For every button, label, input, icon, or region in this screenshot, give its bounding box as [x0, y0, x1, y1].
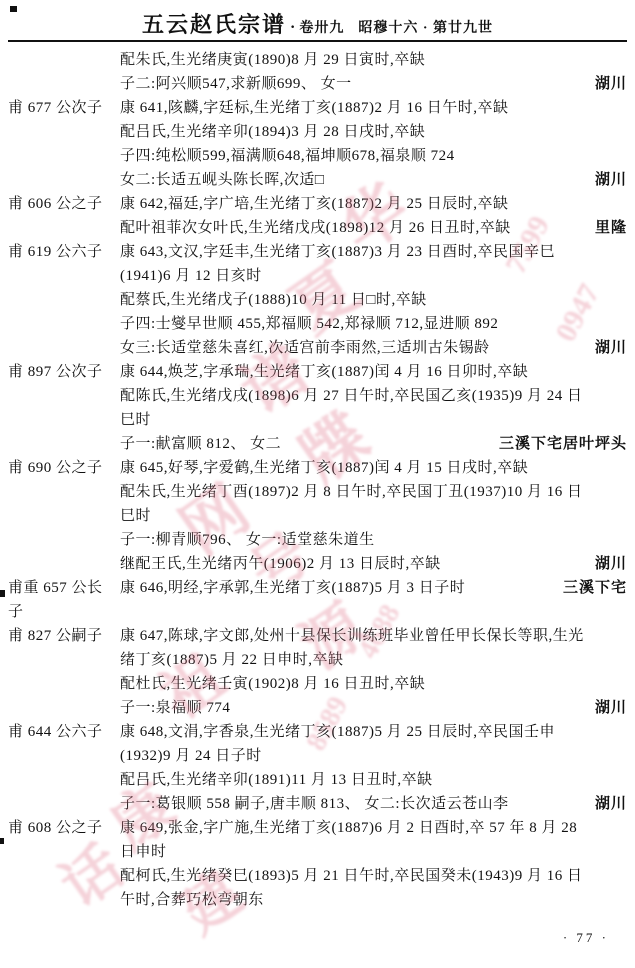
entry-line: 康 643,文汉,字廷丰,生光绪丁亥(1887)3 月 23 日酉时,卒民国辛巳 [120, 240, 627, 264]
residence-label: 湖川 [595, 168, 627, 192]
entry-text: 巳时 [120, 412, 151, 428]
residence-label: 三溪下宅居叶坪头 [499, 432, 627, 456]
header-divider-line [8, 40, 627, 42]
entry-row: 甫 897 公次子康 644,焕芝,字承瑞,生光绪丁亥(1887)闰 4 月 1… [8, 360, 627, 456]
entry-line: 配陈氏,生光绪戊戌(1898)6 月 27 日午时,卒民国乙亥(1935)9 月… [120, 384, 627, 408]
title-separator-dot: · [286, 19, 299, 36]
scan-artifact [0, 590, 5, 597]
entry-line: 康 647,陈球,字文郎,处州十县保长训练班毕业曾任甲长保长等职,生光 [120, 624, 627, 648]
entry-content: 康 643,文汉,字廷丰,生光绪丁亥(1887)3 月 23 日酉时,卒民国辛巳… [120, 240, 627, 360]
entry-text: 康 649,张金,字广施,生光绪丁亥(1887)6 月 2 日酉时,卒 57 年… [120, 820, 577, 836]
entry-text: 子一:泉福顺 774 [120, 700, 230, 716]
residence-label: 湖川 [595, 792, 627, 816]
entry-label: 甫 606 公之子 [8, 192, 120, 240]
genealogy-page: 五云赵氏宗谱·卷卅九昭穆十六 · 第廿九世 配朱氏,生光绪庚寅(1890)8 月… [0, 0, 635, 968]
entry-line: 康 641,陔麟,字廷标,生光绪丁亥(1887)2 月 16 日午时,卒缺 [120, 96, 627, 120]
entry-line: 康 644,焕芝,字承瑞,生光绪丁亥(1887)闰 4 月 16 日卯时,卒缺 [120, 360, 627, 384]
entry-text: 配杜氏,生光绪壬寅(1902)8 月 16 日丑时,卒缺 [120, 676, 425, 692]
residence-label: 湖川 [595, 552, 627, 576]
page-header: 五云赵氏宗谱·卷卅九昭穆十六 · 第廿九世 [0, 8, 635, 39]
entry-row: 甫 690 公之子康 645,好琴,字爱鹤,生光绪丁亥(1887)闰 4 月 1… [8, 456, 627, 576]
entry-line: 康 646,明经,字承郭,生光绪丁亥(1887)5 月 3 日子时三溪下宅 [120, 576, 627, 600]
entry-line: 配朱氏,生光绪庚寅(1890)8 月 29 日寅时,卒缺 [120, 48, 627, 72]
entry-line: 配杜氏,生光绪壬寅(1902)8 月 16 日丑时,卒缺 [120, 672, 627, 696]
entry-text: 配朱氏,生光绪丁酉(1897)2 月 8 日午时,卒民国丁丑(1937)10 月… [120, 484, 582, 500]
residence-label: 湖川 [595, 696, 627, 720]
entry-label: 甫 677 公次子 [8, 96, 120, 192]
entry-line: 继配王氏,生光绪丙午(1906)2 月 13 日辰时,卒缺湖川 [120, 552, 627, 576]
entry-line: 康 645,好琴,字爱鹤,生光绪丁亥(1887)闰 4 月 15 日戌时,卒缺 [120, 456, 627, 480]
entry-label: 甫 690 公之子 [8, 456, 120, 576]
entry-content: 康 641,陔麟,字廷标,生光绪丁亥(1887)2 月 16 日午时,卒缺配吕氏… [120, 96, 627, 192]
entry-line: 配吕氏,生光绪辛卯(1891)11 月 13 日丑时,卒缺 [120, 768, 627, 792]
entry-line: 巳时 [120, 504, 627, 528]
entry-text: 日申时 [120, 844, 167, 860]
entry-line: 子二:阿兴顺547,求新顺699、 女一湖川 [120, 72, 627, 96]
entry-row: 甫 677 公次子康 641,陔麟,字廷标,生光绪丁亥(1887)2 月 16 … [8, 96, 627, 192]
entry-content: 康 646,明经,字承郭,生光绪丁亥(1887)5 月 3 日子时三溪下宅 [120, 576, 627, 624]
entry-text: 配陈氏,生光绪戊戌(1898)6 月 27 日午时,卒民国乙亥(1935)9 月… [120, 388, 582, 404]
entry-label: 甫 608 公之子 [8, 816, 120, 912]
entry-label-line: 甫 619 公六子 [8, 240, 120, 264]
entry-text: 子一:柳青顺796、 女一:适堂慈朱道生 [120, 532, 375, 548]
entry-line: 子一:泉福顺 774湖川 [120, 696, 627, 720]
entry-text: 配吕氏,生光绪辛卯(1894)3 月 28 日戌时,卒缺 [120, 124, 425, 140]
entry-row: 甫 608 公之子康 649,张金,字广施,生光绪丁亥(1887)6 月 2 日… [8, 816, 627, 912]
entry-line: 巳时 [120, 408, 627, 432]
generation-section-label: 昭穆十六 · 第廿九世 [358, 21, 493, 36]
entry-text: 配柯氏,生光绪癸巳(1893)5 月 21 日午时,卒民国癸未(1943)9 月… [120, 868, 582, 884]
entry-content: 康 648,文涓,字香泉,生光绪丁亥(1887)5 月 25 日辰时,卒民国壬申… [120, 720, 627, 816]
entry-content: 康 642,福廷,字广培,生光绪丁亥(1887)2 月 25 日辰时,卒缺配叶祖… [120, 192, 627, 240]
entry-text: (1932)9 月 24 日子时 [120, 748, 262, 764]
entry-text: 康 641,陔麟,字廷标,生光绪丁亥(1887)2 月 16 日午时,卒缺 [120, 100, 509, 116]
entry-label: 甫 897 公次子 [8, 360, 120, 456]
entry-text: 子二:阿兴顺547,求新顺699、 女一 [120, 76, 352, 92]
page-number: · 77 · [563, 930, 609, 946]
entry-label-line: 甫 644 公六子 [8, 720, 120, 744]
entry-row: 甫 619 公六子康 643,文汉,字廷丰,生光绪丁亥(1887)3 月 23 … [8, 240, 627, 360]
entry-text: 女二:长适五岘头陈长晖,次适□ [120, 172, 324, 188]
entry-line: 子一:柳青顺796、 女一:适堂慈朱道生 [120, 528, 627, 552]
entry-line: 康 648,文涓,字香泉,生光绪丁亥(1887)5 月 25 日辰时,卒民国壬申 [120, 720, 627, 744]
entry-text: 配蔡氏,生光绪戊子(1888)10 月 11 日□时,卒缺 [120, 292, 427, 308]
entry-text: 女三:长适堂慈朱喜红,次适宫前李雨然,三适圳古朱锡龄 [120, 340, 490, 356]
entry-text: 配朱氏,生光绪庚寅(1890)8 月 29 日寅时,卒缺 [120, 52, 425, 68]
book-title: 五云赵氏宗谱 [142, 12, 286, 37]
entry-content: 配朱氏,生光绪庚寅(1890)8 月 29 日寅时,卒缺子二:阿兴顺547,求新… [120, 48, 627, 96]
entry-row: 甫 644 公六子康 648,文涓,字香泉,生光绪丁亥(1887)5 月 25 … [8, 720, 627, 816]
entry-line: (1941)6 月 12 日亥时 [120, 264, 627, 288]
entry-label-line: 子 [8, 600, 120, 624]
entry-text: 继配王氏,生光绪丙午(1906)2 月 13 日辰时,卒缺 [120, 556, 441, 572]
entry-text: 康 642,福廷,字广培,生光绪丁亥(1887)2 月 25 日辰时,卒缺 [120, 196, 509, 212]
entry-line: 子一:献富顺 812、 女二三溪下宅居叶坪头 [120, 432, 627, 456]
entry-label: 甫 827 公嗣子 [8, 624, 120, 720]
entry-line: 配蔡氏,生光绪戊子(1888)10 月 11 日□时,卒缺 [120, 288, 627, 312]
entry-line: 配吕氏,生光绪辛卯(1894)3 月 28 日戌时,卒缺 [120, 120, 627, 144]
entry-row: 甫 606 公之子康 642,福廷,字广培,生光绪丁亥(1887)2 月 25 … [8, 192, 627, 240]
entry-label-line: 甫 608 公之子 [8, 816, 120, 840]
entry-content: 康 644,焕芝,字承瑞,生光绪丁亥(1887)闰 4 月 16 日卯时,卒缺配… [120, 360, 627, 456]
entry-label-line: 甫 606 公之子 [8, 192, 120, 216]
residence-label: 湖川 [595, 72, 627, 96]
entry-label-line: 甫 677 公次子 [8, 96, 120, 120]
entry-label: 甫重 657 公长子 [8, 576, 120, 624]
entry-text: 绪丁亥(1887)5 月 22 日申时,卒缺 [120, 652, 344, 668]
entry-text: 康 645,好琴,字爱鹤,生光绪丁亥(1887)闰 4 月 15 日戌时,卒缺 [120, 460, 528, 476]
entry-line: 配叶祖菲次女叶氏,生光绪戊戌(1898)12 月 26 日丑时,卒缺里隆 [120, 216, 627, 240]
entry-line: 子一:葛银顺 558 嗣子,唐丰顺 813、 女二:长次适云苍山李湖川 [120, 792, 627, 816]
entry-content: 康 649,张金,字广施,生光绪丁亥(1887)6 月 2 日酉时,卒 57 年… [120, 816, 627, 912]
residence-label: 湖川 [595, 336, 627, 360]
entry-text: 午时,合葬巧松弯朝东 [120, 892, 264, 908]
entry-line: (1932)9 月 24 日子时 [120, 744, 627, 768]
entry-line: 康 649,张金,字广施,生光绪丁亥(1887)6 月 2 日酉时,卒 57 年… [120, 816, 627, 840]
entry-content: 康 647,陈球,字文郎,处州十县保长训练班毕业曾任甲长保长等职,生光绪丁亥(1… [120, 624, 627, 720]
entry-label [8, 48, 120, 96]
entry-row: 甫重 657 公长子康 646,明经,字承郭,生光绪丁亥(1887)5 月 3 … [8, 576, 627, 624]
entry-line: 配朱氏,生光绪丁酉(1897)2 月 8 日午时,卒民国丁丑(1937)10 月… [120, 480, 627, 504]
entry-text: 康 643,文汉,字廷丰,生光绪丁亥(1887)3 月 23 日酉时,卒民国辛巳 [120, 244, 555, 260]
entry-label-line: 甫 897 公次子 [8, 360, 120, 384]
entry-text: 巳时 [120, 508, 151, 524]
residence-label: 三溪下宅 [563, 576, 627, 600]
entry-text: 康 644,焕芝,字承瑞,生光绪丁亥(1887)闰 4 月 16 日卯时,卒缺 [120, 364, 528, 380]
scan-artifact [0, 838, 4, 844]
entry-text: 配吕氏,生光绪辛卯(1891)11 月 13 日丑时,卒缺 [120, 772, 433, 788]
entry-text: 康 647,陈球,字文郎,处州十县保长训练班毕业曾任甲长保长等职,生光 [120, 628, 584, 644]
residence-label: 里隆 [595, 216, 627, 240]
entry-text: 康 646,明经,字承郭,生光绪丁亥(1887)5 月 3 日子时 [120, 580, 465, 596]
entry-label-line: 甫 827 公嗣子 [8, 624, 120, 648]
entry-line: 绪丁亥(1887)5 月 22 日申时,卒缺 [120, 648, 627, 672]
entry-line: 日申时 [120, 840, 627, 864]
entry-line: 子四:纯松顺599,福满顺648,福坤顺678,福泉顺 724 [120, 144, 627, 168]
entry-line: 配柯氏,生光绪癸巳(1893)5 月 21 日午时,卒民国癸未(1943)9 月… [120, 864, 627, 888]
entry-text: 子四:纯松顺599,福满顺648,福坤顺678,福泉顺 724 [120, 148, 455, 164]
entry-text: 子一:葛银顺 558 嗣子,唐丰顺 813、 女二:长次适云苍山李 [120, 796, 509, 812]
entry-line: 午时,合葬巧松弯朝东 [120, 888, 627, 912]
entry-label-line: 甫 690 公之子 [8, 456, 120, 480]
entry-line: 康 642,福廷,字广培,生光绪丁亥(1887)2 月 25 日辰时,卒缺 [120, 192, 627, 216]
entry-row: 配朱氏,生光绪庚寅(1890)8 月 29 日寅时,卒缺子二:阿兴顺547,求新… [8, 48, 627, 96]
entry-text: 子一:献富顺 812、 女二 [120, 436, 281, 452]
entry-label-line: 甫重 657 公长 [8, 576, 120, 600]
entries: 配朱氏,生光绪庚寅(1890)8 月 29 日寅时,卒缺子二:阿兴顺547,求新… [8, 48, 627, 912]
entry-text: (1941)6 月 12 日亥时 [120, 268, 262, 284]
entry-label: 甫 619 公六子 [8, 240, 120, 360]
entry-text: 子四:士燮早世顺 455,郑福顺 542,郑禄顺 712,显进顺 892 [120, 316, 498, 332]
entry-text: 康 648,文涓,字香泉,生光绪丁亥(1887)5 月 25 日辰时,卒民国壬申 [120, 724, 555, 740]
entry-text: 配叶祖菲次女叶氏,生光绪戊戌(1898)12 月 26 日丑时,卒缺 [120, 220, 511, 236]
entry-line: 女三:长适堂慈朱喜红,次适宫前李雨然,三适圳古朱锡龄湖川 [120, 336, 627, 360]
entry-content: 康 645,好琴,字爱鹤,生光绪丁亥(1887)闰 4 月 15 日戌时,卒缺配… [120, 456, 627, 576]
entry-label: 甫 644 公六子 [8, 720, 120, 816]
entry-line: 子四:士燮早世顺 455,郑福顺 542,郑禄顺 712,显进顺 892 [120, 312, 627, 336]
entry-row: 甫 827 公嗣子康 647,陈球,字文郎,处州十县保长训练班毕业曾任甲长保长等… [8, 624, 627, 720]
volume-label: 卷卅九 [299, 21, 344, 36]
entry-line: 女二:长适五岘头陈长晖,次适□湖川 [120, 168, 627, 192]
scan-artifact [10, 6, 17, 12]
